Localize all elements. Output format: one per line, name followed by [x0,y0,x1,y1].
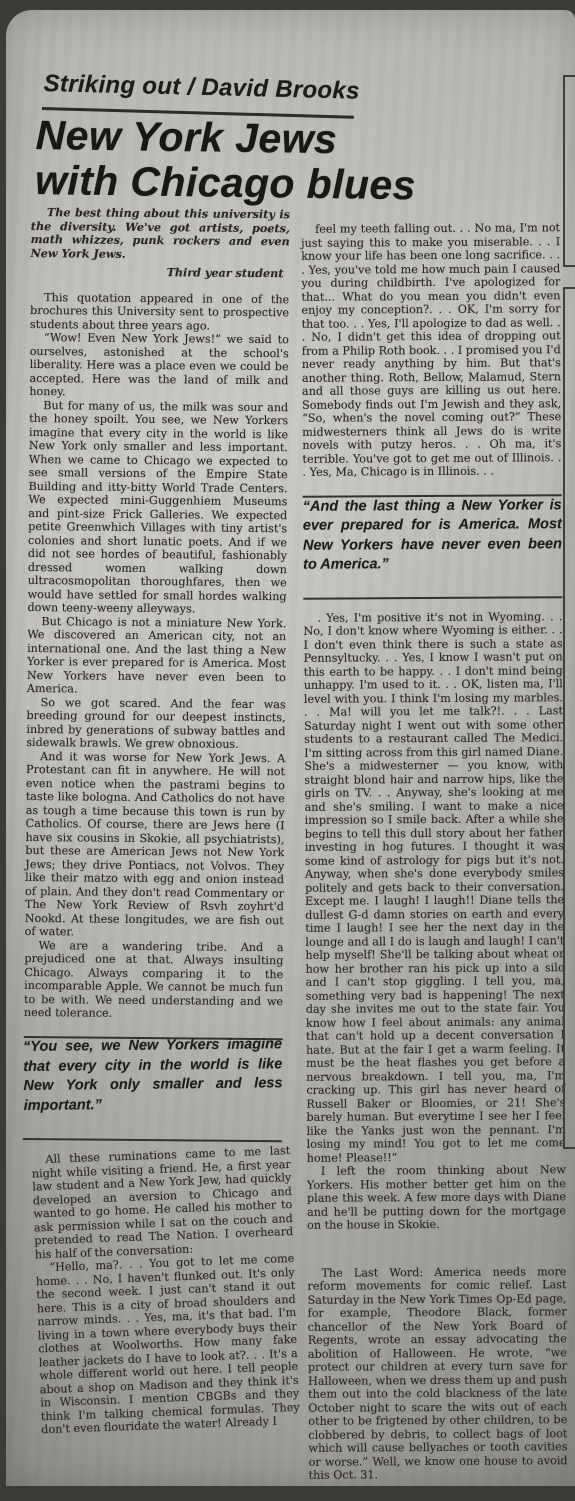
column-rule [303,596,562,600]
article-paragraph: I left the room thinking about New Yorke… [307,1163,566,1232]
article-kicker: Striking out / David Brooks [43,70,374,106]
pull-quote-right: “And the last thing a New Yorker is ever… [303,496,562,576]
intro-attribution: Third year student [30,265,283,281]
intro-quote: The best thing about this university is … [31,206,290,262]
column-spacer [307,1231,566,1267]
left-column-upper-block: The best thing about this university is … [23,206,290,1142]
scanned-newspaper: { "masthead": { "kicker": "Striking out … [0,0,575,1501]
headline-line-2: with Chicago blues [35,157,416,208]
article-paragraph: “Wow! Even New York Jews!” we said to ou… [29,331,289,401]
left-column: The best thing about this university is … [31,206,290,1427]
article-paragraph: This quotation appeared in one of the br… [30,290,289,333]
right-column: feel my teeth falling out. . . No ma, I'… [301,221,568,1482]
article-paragraph: “Hello, ma?. . . You got to let me come … [35,1251,300,1436]
article-paragraph: And it was worse for New York Jews. A Pr… [25,749,286,940]
column-rule [23,1137,282,1141]
article-paragraph: . Yes, I'm positive it's not in Wyoming.… [303,610,565,1165]
article-paragraph: But for many of us, the milk was sour an… [27,398,288,616]
left-column-lower-block: All these ruminations came to me last ni… [31,1144,300,1437]
article-paragraph: So we got scared. And the fear was breed… [26,695,285,751]
adjacent-article-box-cutoff-2 [563,287,575,1149]
pull-quote-left: “You see, we New Yorkers imagine that ev… [23,1035,283,1116]
article-paragraph: We are a wandering tribe. And a prejudic… [24,938,284,1021]
headline-line-1: New York Jews [35,112,337,162]
article-paragraph: All these ruminations came to me last ni… [31,1144,294,1261]
adjacent-article-box-cutoff-1 [563,75,575,267]
article-paragraph: But Chicago is not a miniature New York.… [27,614,287,697]
article-paragraph: feel my teeth falling out. . . No ma, I'… [301,221,562,479]
article-headline: New York Jewswith Chicago blues [35,113,516,210]
newspaper-page: Striking out / David Brooks New York Jew… [6,10,575,1486]
last-word-paragraph: The Last Word: America needs more reform… [307,1265,567,1483]
